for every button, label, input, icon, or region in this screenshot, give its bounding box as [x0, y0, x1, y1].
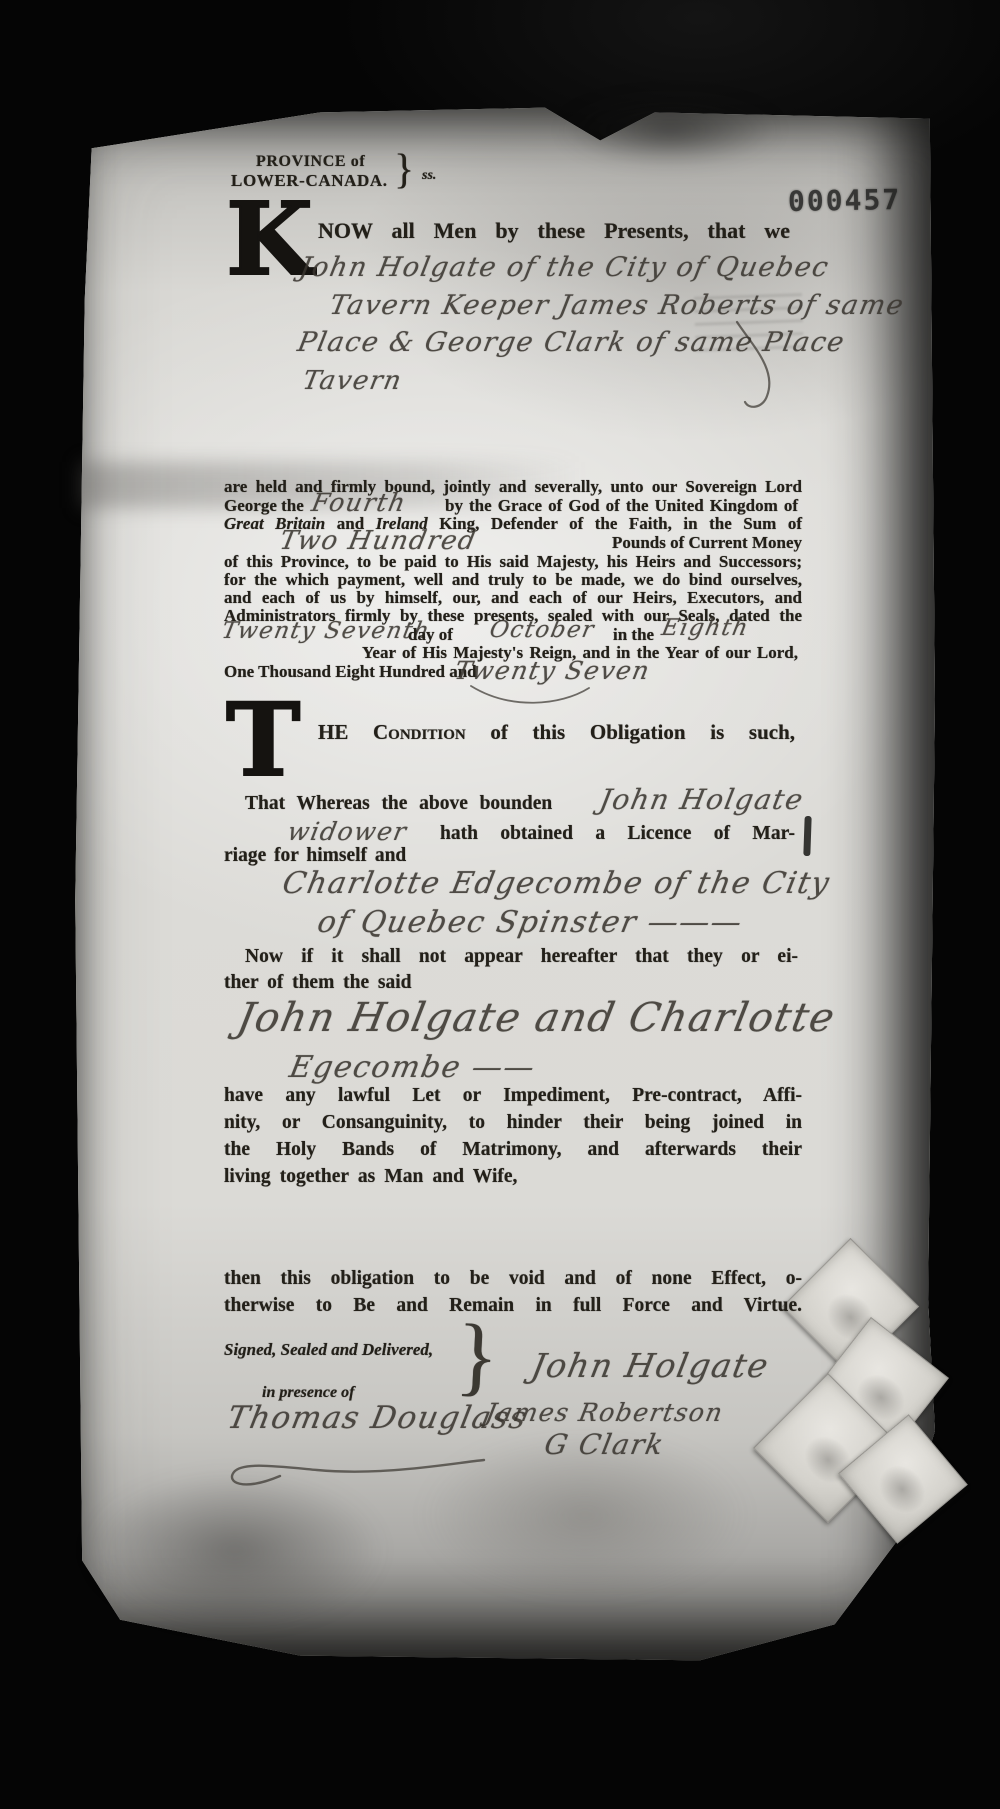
day-of-label: day of — [408, 625, 453, 645]
signature-g-clark: G Clark — [542, 1428, 668, 1461]
closing-line-2: therwise to Be and Remain in full Force … — [224, 1295, 802, 1317]
condition-heading-he: HE — [318, 720, 348, 744]
condition-heading-word: Condition — [373, 720, 466, 744]
bond-line-3-post: King, Defender of the Faith, in the Sum … — [439, 514, 802, 533]
bond-line-11: One Thousand Eight Hundred and — [224, 662, 477, 682]
handwritten-groom-name: John Holgate — [597, 783, 807, 816]
bond-line-7: and each of us by himself, our, and each… — [224, 588, 802, 608]
handwritten-couple-1: John Holgate and Charlotte — [234, 995, 840, 1041]
handwritten-groom-status: widower — [285, 817, 410, 846]
attestation-line-1: Signed, Sealed and Delivered, — [224, 1340, 433, 1360]
handwritten-regnal-name: Fourth — [309, 488, 409, 517]
closing-line-1: then this obligation to be void and of n… — [224, 1268, 802, 1290]
stamp-number: 000457 — [788, 183, 902, 218]
handwritten-day: Twenty Seventh — [219, 618, 432, 644]
in-the-label: in the — [613, 625, 654, 645]
condition-p1: That Whereas the above bounden — [245, 793, 552, 815]
handwritten-principals-2: Tavern Keeper James Roberts of same — [327, 290, 907, 321]
scanned-document-page: PROVINCE of LOWER-CANADA. } ss. 000457 K… — [0, 0, 1000, 1809]
condition-p6: have any lawful Let or Impediment, Pre-c… — [224, 1085, 802, 1107]
handwritten-regnal-year: Eighth — [659, 615, 751, 641]
handwritten-couple-2: Egecombe —— — [287, 1050, 539, 1085]
handwritten-month: October — [487, 617, 597, 643]
ink-flourish — [725, 318, 785, 413]
bond-line-5: of this Province, to be paid to His said… — [224, 552, 802, 572]
condition-p4: Now if it shall not appear hereafter tha… — [245, 946, 798, 968]
bond-line-2-post: by the Grace of God of the United Kingdo… — [445, 496, 798, 516]
witness-underline-flourish — [222, 1448, 492, 1493]
condition-p8: the Holy Bands of Matrimony, and afterwa… — [224, 1139, 802, 1161]
edge-mark — [803, 816, 811, 856]
signature-john-holgate: John Holgate — [528, 1346, 772, 1385]
signature-james-robertson: James Robertson — [483, 1398, 726, 1427]
handwritten-principals-4: Tavern — [300, 366, 405, 396]
condition-p5: ther of them the said — [224, 972, 411, 994]
ink-flourish-year — [465, 680, 595, 712]
province-line1: PROVINCE of — [256, 153, 365, 171]
handwritten-principals-1: John Holgate of the City of Quebec — [297, 252, 832, 283]
condition-p9: living together as Man and Wife, — [224, 1166, 517, 1188]
signing-brace: } — [454, 1311, 501, 1403]
handwritten-bride-1: Charlotte Edgecombe of the City — [280, 866, 834, 901]
condition-p7: nity, or Consanguinity, to hinder their … — [224, 1112, 802, 1134]
condition-p3: riage for himself and — [224, 845, 406, 867]
header-brace: } — [394, 146, 414, 194]
condition-heading-rest: of this Obligation is such, — [490, 720, 795, 744]
ss-abbreviation: ss. — [422, 168, 436, 184]
bond-line-2-pre: George the — [224, 496, 304, 516]
bond-line-6: for the which payment, well and truly to… — [224, 570, 802, 590]
bond-line-4-printed: Pounds of Current Money — [224, 533, 802, 553]
condition-heading: HE Condition of this Obligation is such, — [318, 720, 795, 745]
dropcap-T: T — [226, 700, 300, 780]
condition-p2: hath obtained a Licence of Mar- — [440, 823, 795, 845]
handwritten-bride-2: of Quebec Spinster ——— — [315, 905, 746, 940]
bond-line-1: are held and firmly bound, jointly and s… — [224, 477, 802, 497]
opening-printed-line: NOW all Men by these Presents, that we — [318, 218, 790, 244]
